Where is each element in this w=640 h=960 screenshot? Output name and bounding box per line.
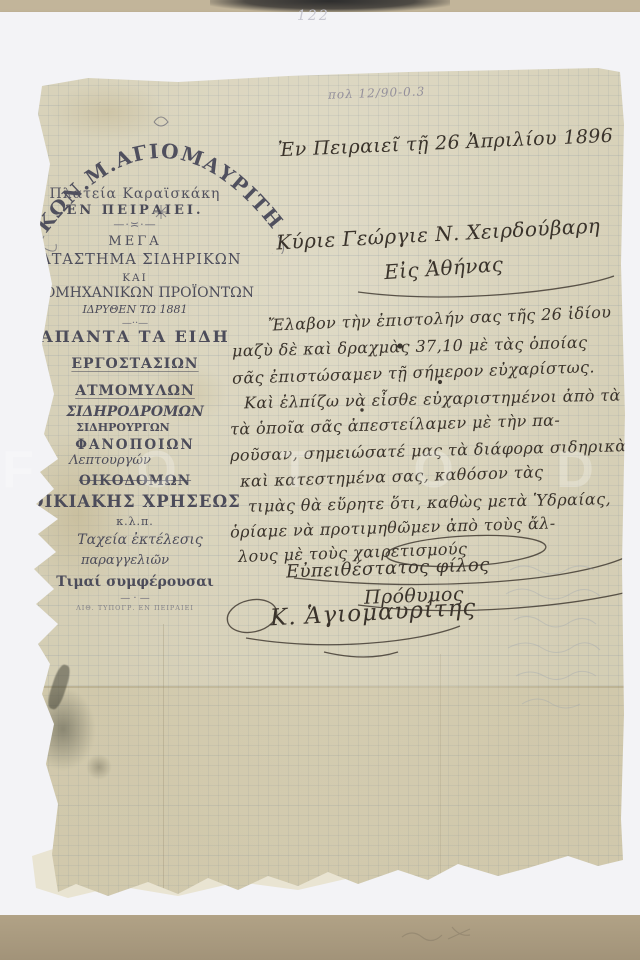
letterhead-item: ΕΡΓΟΣΤΑΣΙΩΝ	[28, 356, 242, 372]
printer-imprint: ΛΙΘ. ΤΥΠΟΓΡ. ΕΝ ΠΕΙΡΑΙΕΙ	[28, 604, 242, 612]
letterhead-item: ΜΕΓΑ	[28, 234, 242, 249]
mount-number-pencil: 122	[297, 8, 330, 24]
letterhead-item: ΙΔΡΥΘΕΝ ΤΩ 1881	[28, 303, 242, 316]
letterhead-item: Τιμαί συμφέρουσαι	[28, 574, 242, 590]
letterhead-city: ΕΝ ΠΕΙΡΑΙΕΙ.	[28, 203, 242, 218]
ink-smudge	[86, 754, 112, 780]
fold-crease-horizontal	[28, 686, 628, 688]
letterhead-item: ΑΠΑΝΤΑ ΤΑ ΕΙΔΗ	[28, 327, 242, 346]
archival-photograph: 122 πολ 12/90-0.3 ΚΩΝ.Μ.ΑΓΙΟΜΑΥΡΙΤΗΣ	[0, 0, 640, 960]
letterhead-address: Πλατεία Καραϊσκάκη	[28, 186, 242, 202]
dark-object-shadow	[210, 0, 450, 12]
letterhead-item: κ.λ.π.	[28, 515, 242, 528]
letterhead-item: ΚΑΤΑΣΤΗΜΑ ΣΙΔΗΡΙΚΩΝ	[28, 252, 242, 268]
letterhead-divider: —··—	[28, 318, 242, 329]
letterhead-item: ΣΙΔΗΡΟΥΡΓΩΝ	[16, 421, 230, 434]
fold-crease-vertical	[440, 654, 441, 894]
letterhead-divider: —·≍·—	[28, 218, 242, 231]
letterhead-item: ΑΤΜΟΜΥΛΩΝ	[28, 383, 242, 399]
letterhead-item: ΚΑΙ	[28, 272, 242, 284]
letterhead-item: Ταχεία ἐκτέλεσις	[33, 532, 247, 548]
letterhead-item: ΒΙΟΜΗΧΑΝΙΚΩΝ ΠΡΟΪΟΝΤΩΝ	[28, 285, 242, 301]
letterhead-divider: — · —	[28, 593, 242, 604]
photo-agency-watermark: F O T O D O M	[2, 440, 640, 500]
letterhead-item: ΣΙΔΗΡΟΔΡΟΜΩΝ	[28, 404, 242, 420]
table-surface-bottom	[0, 915, 640, 960]
fold-crease-vertical	[163, 624, 164, 894]
